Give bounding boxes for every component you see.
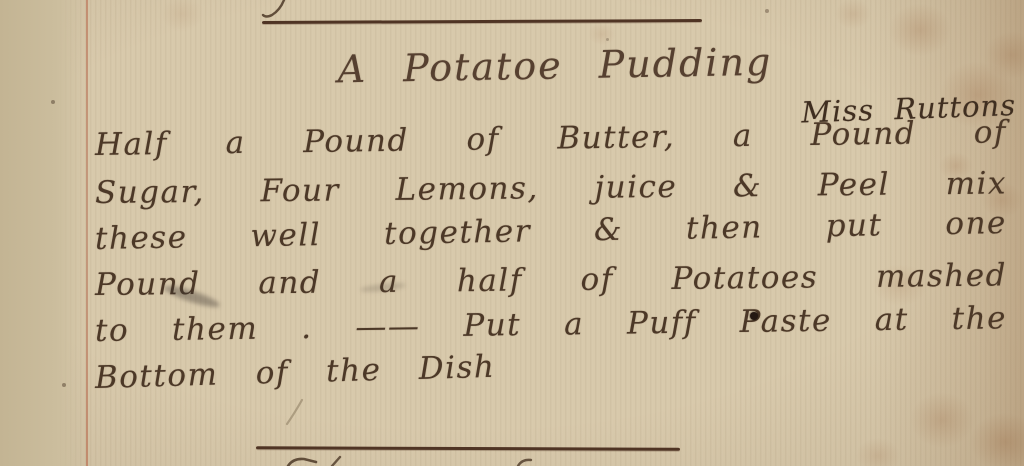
recipe-line-1: Half a Pound of Butter, a Pound of: [95, 115, 1007, 163]
paper-speck: [51, 100, 55, 104]
top-cropped-stroke: [263, 0, 284, 17]
paper-speck: [765, 9, 769, 13]
recipe-line-5: to them . —— Put a Puff Paste at the: [95, 301, 1007, 349]
paper-speck: [62, 383, 66, 387]
bottom-cropped-stroke-3: [518, 460, 531, 466]
faint-descender-stroke: [287, 400, 302, 424]
ink-blot: [750, 312, 758, 320]
recipe-line-3: these well together & then put one: [95, 206, 1007, 258]
recipe-line-6: Bottom of the Dish: [95, 350, 496, 397]
manuscript-page: A Potatoe Pudding Miss Ruttons Half a Po…: [0, 0, 1024, 466]
recipe-line-4: Pound and a half of Potatoes mashed: [95, 258, 1007, 303]
bottom-cropped-stroke-1: [288, 459, 316, 466]
recipe-line-2: Sugar, Four Lemons, juice & Peel mix: [95, 166, 1007, 211]
top-divider-rule: [262, 19, 702, 24]
red-margin-rule: [86, 0, 88, 466]
paper-speck: [606, 38, 609, 41]
recipe-title: A Potatoe Pudding: [300, 41, 811, 92]
bottom-divider-rule: [256, 446, 680, 450]
bottom-cropped-stroke-2: [332, 457, 340, 466]
